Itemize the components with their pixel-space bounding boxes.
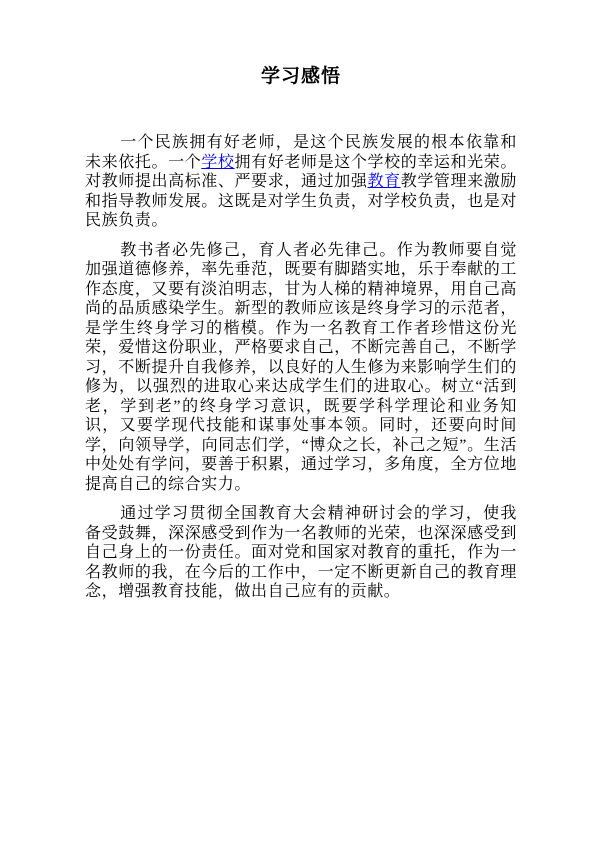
paragraph: 通过学习贯彻全国教育大会精神研讨会的学习，使我备受鼓舞，深深感受到作为一名教师的… bbox=[85, 504, 517, 602]
document-content: 学习感悟 一个民族拥有好老师，是这个民族发展的根本依靠和未来依托。一个学校拥有好… bbox=[85, 64, 517, 612]
text-run: 通过学习贯彻全国教育大会精神研讨会的学习，使我备受鼓舞，深深感受到作为一名教师的… bbox=[85, 505, 517, 600]
document-page: 学习感悟 一个民族拥有好老师，是这个民族发展的根本依靠和未来依托。一个学校拥有好… bbox=[0, 0, 595, 842]
document-body: 一个民族拥有好老师，是这个民族发展的根本依靠和未来依托。一个学校拥有好老师是这个… bbox=[85, 133, 517, 602]
text-run: 教书者必先修己，育人者必先律己。作为教师要自觉加强道德修养，率先垂范，既要有脚踏… bbox=[85, 242, 517, 493]
hyperlink[interactable]: 学校 bbox=[201, 154, 234, 171]
hyperlink[interactable]: 教育 bbox=[367, 173, 400, 190]
paragraph: 一个民族拥有好老师，是这个民族发展的根本依靠和未来依托。一个学校拥有好老师是这个… bbox=[85, 133, 517, 231]
paragraph: 教书者必先修己，育人者必先律己。作为教师要自觉加强道德修养，率先垂范，既要有脚踏… bbox=[85, 241, 517, 495]
document-title: 学习感悟 bbox=[85, 64, 517, 90]
